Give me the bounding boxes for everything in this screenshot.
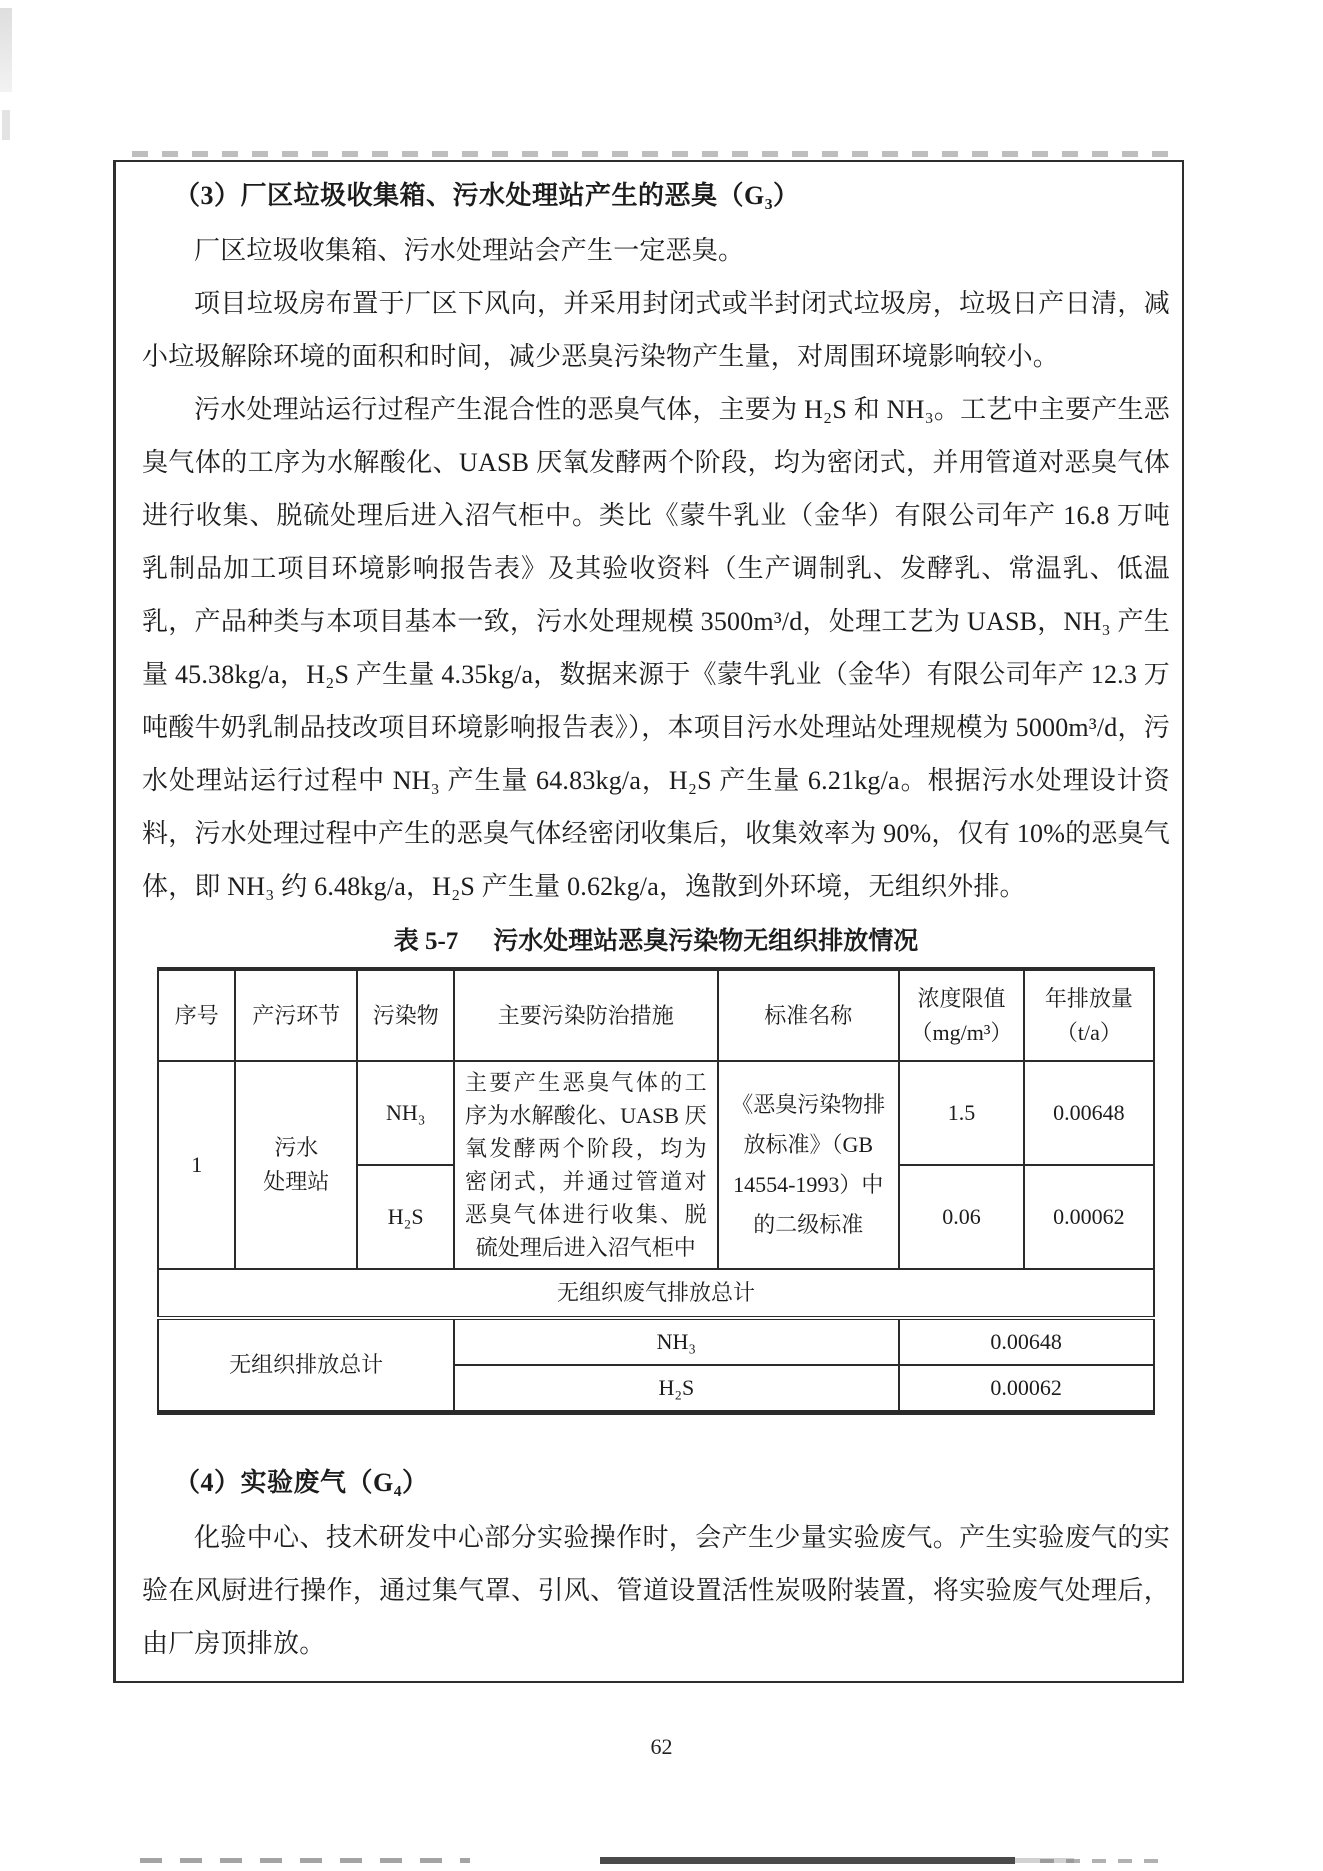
- cell-limit-nh3: 1.5: [899, 1061, 1024, 1165]
- cell-row-no: 1: [158, 1061, 235, 1269]
- col-header-annual: 年排放量 （t/a）: [1024, 969, 1153, 1061]
- cell-annual-h2s: 0.00062: [1024, 1165, 1153, 1269]
- section3-heading: （3）厂区垃圾收集箱、污水处理站产生的恶臭（G₃）: [142, 168, 1170, 224]
- scan-artifact-left-edge: [2, 110, 10, 140]
- cell-summary-nh3-value: 0.00648: [899, 1318, 1154, 1365]
- scan-artifact-bottom-dark: [600, 1857, 1015, 1864]
- col-header-source: 产污环节: [235, 969, 357, 1061]
- cell-summary-label: 无组织排放总计: [158, 1318, 454, 1413]
- cell-standard: 《恶臭污染物排放标准》（GB 14554-1993）中的二级标准: [718, 1061, 899, 1269]
- document-page: （3）厂区垃圾收集箱、污水处理站产生的恶臭（G₃） 厂区垃圾收集箱、污水处理站会…: [0, 0, 1323, 1871]
- table-caption-title: 污水处理站恶臭污染物无组织排放情况: [493, 928, 918, 955]
- content-area: （3）厂区垃圾收集箱、污水处理站产生的恶臭（G₃） 厂区垃圾收集箱、污水处理站会…: [116, 162, 1182, 1670]
- section3-paragraph-2: 项目垃圾房布置于厂区下风向，并采用封闭式或半封闭式垃圾房，垃圾日产日清，减小垃圾…: [142, 277, 1170, 383]
- section3-paragraph-1: 厂区垃圾收集箱、污水处理站会产生一定恶臭。: [142, 224, 1170, 277]
- scan-artifact-bottom-tail: [1040, 1859, 1160, 1863]
- table-caption-label: 表 5-7: [394, 928, 459, 955]
- cell-summary-h2s-value: 0.00062: [899, 1365, 1154, 1413]
- section3-paragraph-3: 污水处理站运行过程产生混合性的恶臭气体，主要为 H₂S 和 NH₃。工艺中主要产…: [142, 383, 1170, 913]
- table-summary-header-row: 无组织废气排放总计: [158, 1269, 1153, 1318]
- table-caption: 表 5-7污水处理站恶臭污染物无组织排放情况: [142, 919, 1170, 965]
- scan-artifact-bottom-light: [140, 1858, 470, 1863]
- table-row-nh3: 1 污水 处理站 NH₃ 主要产生恶臭气体的工序为水解酸化、UASB 厌氧发酵两…: [158, 1061, 1153, 1165]
- emissions-table: 序号 产污环节 污染物 主要污染防治措施 标准名称 浓度限值 （mg/m³） 年…: [157, 967, 1154, 1415]
- section4-heading: （4）实验废气（G₄）: [142, 1455, 1170, 1511]
- table-summary-row-nh3: 无组织排放总计 NH₃ 0.00648: [158, 1318, 1153, 1365]
- content-border-box: （3）厂区垃圾收集箱、污水处理站产生的恶臭（G₃） 厂区垃圾收集箱、污水处理站会…: [113, 160, 1184, 1683]
- whitespace-gap: [142, 1415, 1170, 1455]
- cell-pollutant-nh3: NH₃: [357, 1061, 454, 1165]
- scan-artifact-top-left: [0, 8, 12, 92]
- col-header-limit: 浓度限值 （mg/m³）: [899, 969, 1024, 1061]
- col-header-no: 序号: [158, 969, 235, 1061]
- cell-summary-nh3: NH₃: [454, 1318, 899, 1365]
- col-header-standard: 标准名称: [718, 969, 899, 1061]
- scan-artifact-ghost-line: [132, 151, 1172, 157]
- cell-summary-header: 无组织废气排放总计: [158, 1269, 1153, 1318]
- cell-limit-h2s: 0.06: [899, 1165, 1024, 1269]
- section4-paragraph-1: 化验中心、技术研发中心部分实验操作时，会产生少量实验废气。产生实验废气的实验在风…: [142, 1511, 1170, 1670]
- cell-annual-nh3: 0.00648: [1024, 1061, 1153, 1165]
- cell-pollutant-h2s: H₂S: [357, 1165, 454, 1269]
- cell-summary-h2s: H₂S: [454, 1365, 899, 1413]
- page-number: 62: [0, 1733, 1323, 1761]
- cell-source: 污水 处理站: [235, 1061, 357, 1269]
- col-header-measures: 主要污染防治措施: [454, 969, 718, 1061]
- col-header-pollutant: 污染物: [357, 969, 454, 1061]
- table-header-row: 序号 产污环节 污染物 主要污染防治措施 标准名称 浓度限值 （mg/m³） 年…: [158, 969, 1153, 1061]
- cell-measures: 主要产生恶臭气体的工序为水解酸化、UASB 厌氧发酵两个阶段，均为密闭式，并通过…: [454, 1061, 718, 1269]
